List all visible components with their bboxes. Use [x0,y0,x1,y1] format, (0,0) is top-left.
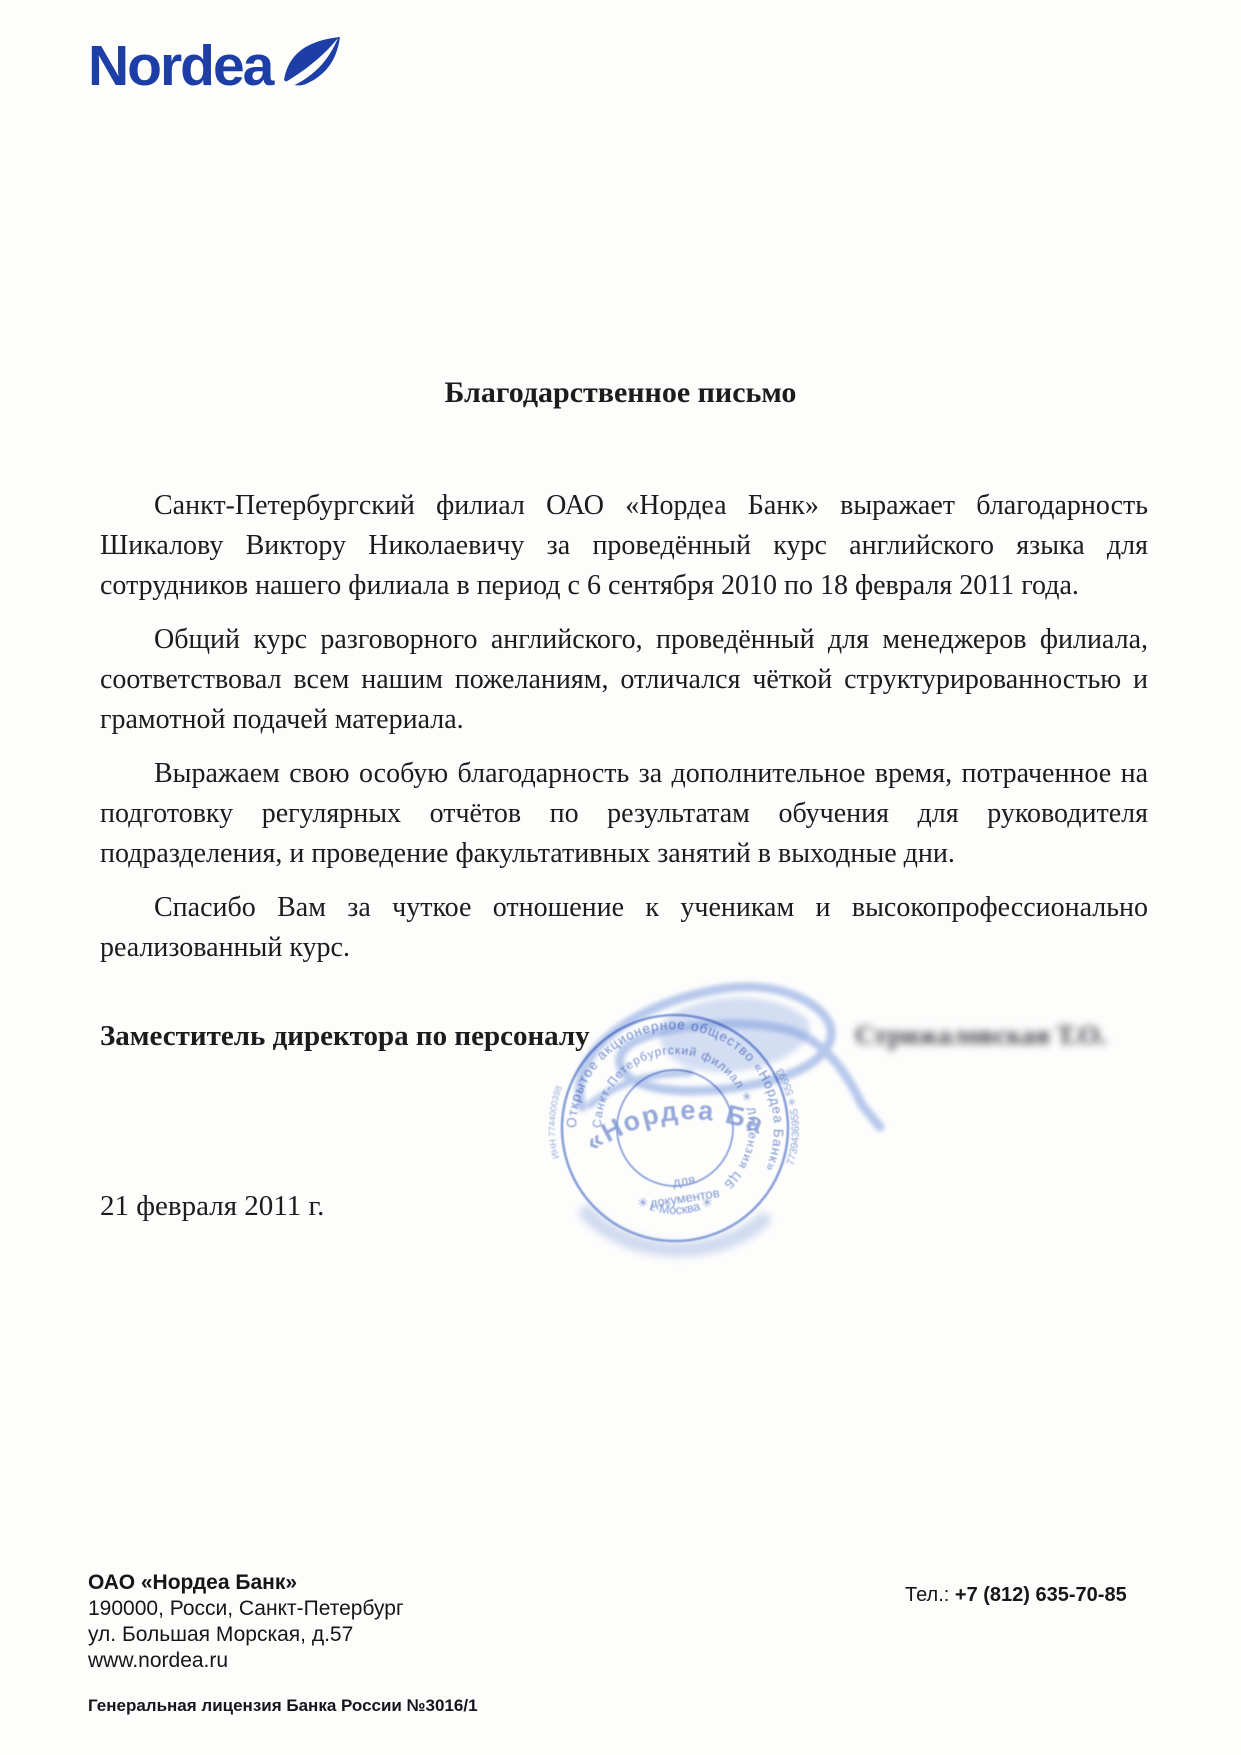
nordea-wordmark: Nordea [88,38,272,95]
footer-license-line: Генеральная лицензия Банка России №3016/… [88,1696,478,1716]
footer-website: www.nordea.ru [88,1648,404,1674]
letter-page: Nordea Благодарственное письмо Санкт-Пет… [0,0,1241,1755]
paragraph-1: Санкт-Петербургский филиал ОАО «Нордеа Б… [100,486,1148,606]
nordea-sail-icon [282,36,344,97]
handwritten-signature [520,955,910,1170]
nordea-logo: Nordea [88,38,344,97]
stamp-center-sub1: для [672,1172,696,1190]
footer-phone-block: Тел.: +7 (812) 635-70-85 [905,1584,1127,1607]
letter-body: Санкт-Петербургский филиал ОАО «Нордеа Б… [100,486,1148,982]
letter-date: 21 февраля 2011 г. [100,1190,324,1223]
footer-company-name: ОАО «Нордеа Банк» [88,1570,404,1596]
footer-address-line1: 190000, Росси, Санкт-Петербург [88,1596,404,1622]
phone-number: +7 (812) 635-70-85 [955,1584,1127,1606]
paragraph-3: Выражаем свою особую благодарность за до… [100,754,1148,874]
letter-title: Благодарственное письмо [0,376,1241,410]
phone-label: Тел.: [905,1584,949,1606]
signature-role: Заместитель директора по персоналу [100,1020,590,1053]
paragraph-2: Общий курс разговорного английского, про… [100,620,1148,740]
footer-address-line2: ул. Большая Морская, д.57 [88,1622,404,1648]
footer-address-block: ОАО «Нордеа Банк» 190000, Росси, Санкт-П… [88,1570,404,1674]
